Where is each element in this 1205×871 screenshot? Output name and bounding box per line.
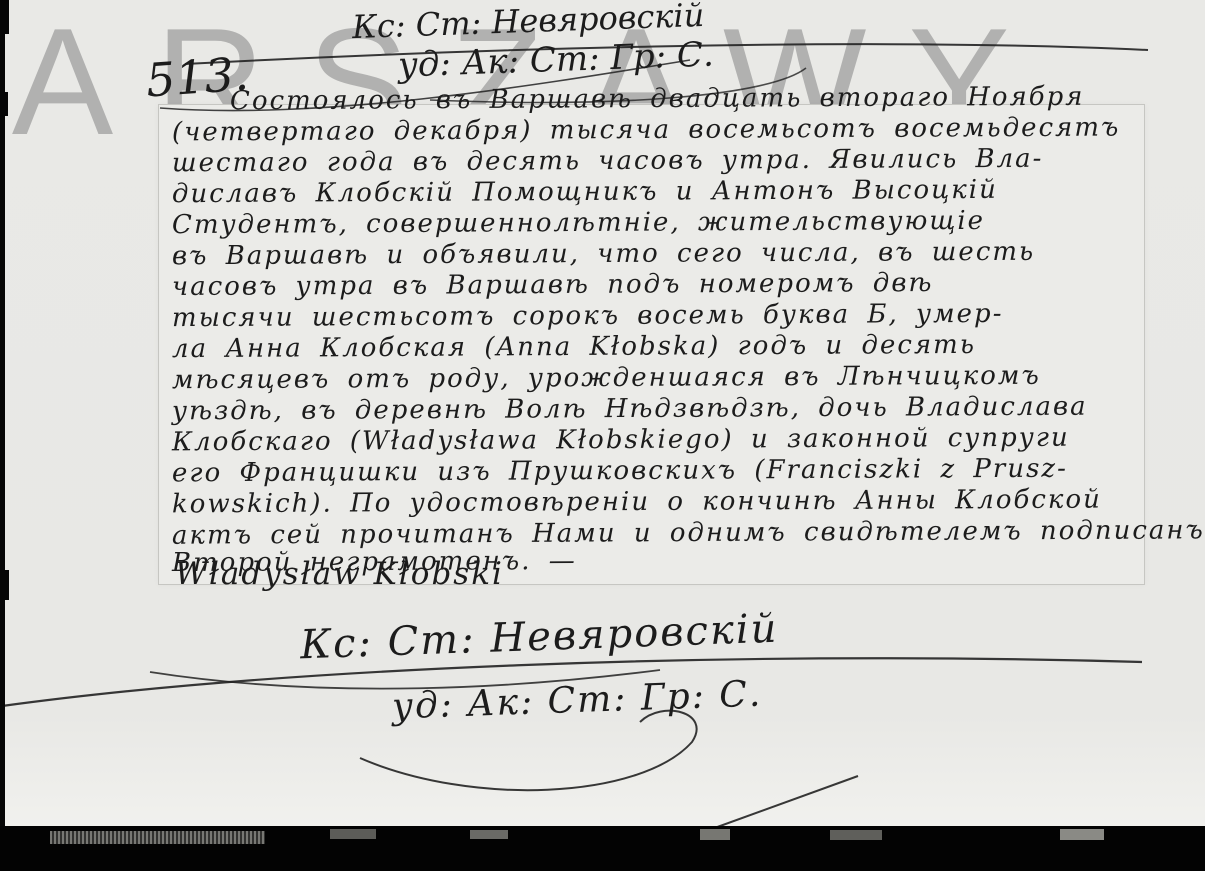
act-text-line: мѣсяцевъ отъ роду, урожденшаяся въ Лѣнчи… bbox=[172, 361, 1041, 397]
page-edge-texture bbox=[700, 829, 730, 840]
act-text-line: въ Варшавѣ и объявили, что сего числа, в… bbox=[172, 237, 1035, 273]
page-edge-texture bbox=[470, 830, 508, 839]
death-record-page: WARSZAWY WARSZAWY Кс: Ст: Невяровскій уд… bbox=[0, 0, 1205, 871]
left-binding-edge bbox=[0, 0, 5, 830]
act-text-line: ла Анна Клобская (Anna Kłobska) годъ и д… bbox=[172, 330, 976, 365]
act-text-line: Клобскаго (Władysława Kłobskiego) и зако… bbox=[172, 423, 1070, 459]
act-text-line: часовъ утра въ Варшавѣ подъ номеромъ двѣ bbox=[172, 268, 934, 303]
registrar-signature-bottom-line2: уд: Ак: Ст: Гр: С. bbox=[391, 674, 763, 728]
page-edge-texture bbox=[830, 830, 882, 840]
declarant-signature: Władysław Kłobski bbox=[175, 556, 504, 592]
page-edge-texture bbox=[1060, 829, 1104, 840]
left-binding-edge bbox=[0, 570, 9, 600]
registrar-signature-bottom-line1: Кс: Ст: Невяровскій bbox=[299, 606, 779, 669]
page-edge-texture bbox=[330, 829, 376, 839]
act-text-line: Состоялось въ Варшавѣ двадцать втораго Н… bbox=[230, 82, 1085, 117]
left-binding-edge bbox=[0, 92, 8, 116]
act-text-line: уѣздѣ, въ деревнѣ Волѣ Нѣдзвѣдзѣ, дочь В… bbox=[172, 392, 1088, 428]
act-text-line: тысячи шестьсотъ сорокъ восемь буква Б, … bbox=[172, 299, 1004, 334]
act-text-line: kowskich). По удостовѣреніи о кончинѣ Ан… bbox=[172, 485, 1102, 521]
act-text-line: его Францишки изъ Прушковскихъ (Francisz… bbox=[172, 454, 1068, 490]
page-edge-texture bbox=[50, 831, 265, 844]
act-text-line: диславъ Клобскій Помощникъ и Антонъ Высо… bbox=[172, 175, 998, 210]
act-text-line: Студентъ, совершеннолѣтніе, жительствующ… bbox=[172, 206, 985, 241]
act-text-line: шестаго года въ десять часовъ утра. Явил… bbox=[172, 144, 1044, 180]
left-binding-edge bbox=[0, 0, 9, 34]
